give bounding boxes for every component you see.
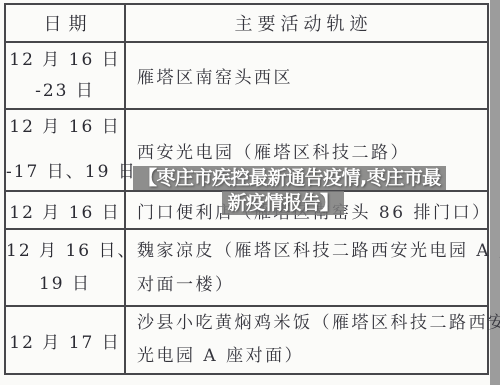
header-activity-label: 主要活动轨迹 [126,10,481,36]
header-date-label: 日期 [6,10,124,36]
table-row: 12 月 16 日 -23 日 雁塔区南窑头西区 [6,43,487,110]
table-row: 12 月 16 日、 19 日 魏家凉皮（雁塔区科技二路西安光电园 A 座 对面… [6,230,487,307]
date-cell: 12 月 16 日 [6,192,126,228]
date-cell: 12 月 16 日 -17 日、19 日 [6,110,126,190]
activity-cell: 沙县小吃黄焖鸡米饭（雁塔区科技二路西安 光电园 A 座对面） [126,307,500,373]
table-header-row: 日期 主要活动轨迹 [6,5,487,43]
date-cell: 12 月 16 日、 19 日 [6,230,126,305]
date-cell: 12 月 16 日 -23 日 [6,43,126,108]
table-row: 12 月 17 日 沙县小吃黄焖鸡米饭（雁塔区科技二路西安 光电园 A 座对面） [6,307,487,373]
header-date: 日期 [6,5,126,41]
watermark-overlay: 【枣庄市疾控最新通告疫情,枣庄市最 新疫情报告】 [133,166,433,216]
activity-cell: 魏家凉皮（雁塔区科技二路西安光电园 A 座 对面一楼） [126,230,500,305]
header-activity: 主要活动轨迹 [126,5,487,41]
watermark-line-2: 新疫情报告】 [133,191,433,216]
activity-cell: 雁塔区南窑头西区 [126,43,487,108]
date-cell: 12 月 17 日 [6,307,126,373]
watermark-line-1: 【枣庄市疾控最新通告疫情,枣庄市最 [133,166,433,191]
